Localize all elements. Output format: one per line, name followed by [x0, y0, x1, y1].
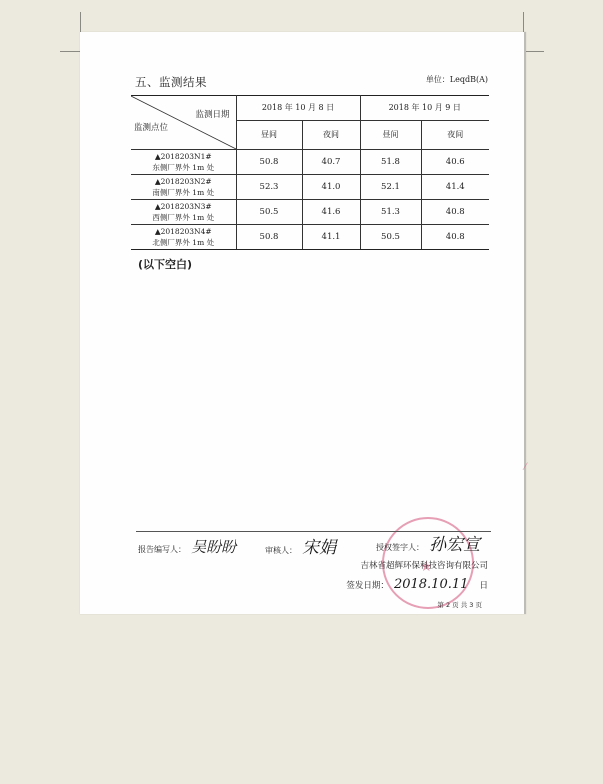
point-location: 东侧厂界外 1m 处	[131, 162, 236, 173]
location-cell: ▲2018203N4# 北侧厂界外 1m 处	[131, 225, 236, 250]
table-row: ▲2018203N3# 西侧厂界外 1m 处 50.5 41.6 51.3 40…	[131, 200, 489, 225]
value-cell: 52.1	[360, 175, 421, 200]
corner-header-location: 监测点位	[134, 123, 168, 134]
location-cell: ▲2018203N1# 东侧厂界外 1m 处	[131, 150, 236, 175]
crop-mark-top-right-horizontal	[524, 51, 544, 52]
issue-date-value: 2018.10.11	[394, 577, 468, 592]
reviewer-label: 审核人：	[265, 546, 297, 555]
point-id: ▲2018203N3#	[131, 201, 236, 212]
page-number: 第 2 页 共 3 页	[437, 600, 482, 609]
value-cell: 40.7	[302, 150, 360, 175]
table-row: ▲2018203N2# 南侧厂界外 1m 处 52.3 41.0 52.1 41…	[131, 175, 489, 200]
value-cell: 51.3	[360, 200, 421, 225]
point-id: ▲2018203N2#	[131, 176, 236, 187]
value-cell: 51.8	[360, 150, 421, 175]
point-location: 南侧厂界外 1m 处	[131, 187, 236, 198]
period-header: 昼间	[360, 120, 421, 149]
value-cell: 41.4	[421, 175, 489, 200]
location-cell: ▲2018203N2# 南侧厂界外 1m 处	[131, 175, 236, 200]
writer-signature: 吴盼盼	[191, 538, 236, 556]
period-header: 夜间	[302, 120, 360, 149]
issue-date-suffix: 日	[479, 581, 488, 591]
writer-signature-block: 报告编写人： 吴盼盼	[138, 536, 236, 557]
point-id: ▲2018203N4#	[131, 226, 236, 237]
reviewer-signature-block: 审核人： 宋娟	[265, 533, 336, 558]
issue-date-label: 签发日期：	[346, 581, 389, 591]
authorized-signature: 孙宏宣	[429, 535, 480, 555]
point-location: 北侧厂界外 1m 处	[131, 237, 236, 248]
value-cell: 41.1	[302, 225, 360, 250]
location-cell: ▲2018203N3# 西侧厂界外 1m 处	[131, 200, 236, 225]
value-cell: 41.0	[302, 175, 360, 200]
writer-label: 报告编写人：	[138, 545, 186, 554]
value-cell: 52.3	[236, 175, 302, 200]
authorized-signature-block: 授权签字人： 孙宏宣	[376, 530, 480, 555]
crop-mark-top-left-horizontal	[60, 51, 80, 52]
value-cell: 50.8	[236, 225, 302, 250]
table-row: ▲2018203N4# 北侧厂界外 1m 处 50.8 41.1 50.5 40…	[131, 225, 489, 250]
crop-mark-top-left-vertical	[80, 12, 81, 32]
crop-mark-top-right-vertical	[523, 12, 524, 32]
value-cell: 50.8	[236, 150, 302, 175]
value-cell: 41.6	[302, 200, 360, 225]
unit-label: 单位：LeqdB(A)	[426, 74, 488, 85]
results-table: 监测日期 监测点位 2018 年 10 月 8 日 2018 年 10 月 9 …	[131, 95, 489, 250]
company-name: 吉林省超辉环保科技咨询有限公司	[360, 559, 488, 571]
signature-divider	[136, 531, 491, 532]
value-cell: 50.5	[236, 200, 302, 225]
issue-date-block: 签发日期： 2018.10.11 日	[346, 573, 488, 592]
period-header: 昼间	[236, 120, 302, 149]
date-header: 2018 年 10 月 9 日	[360, 96, 489, 121]
date-header: 2018 年 10 月 8 日	[236, 96, 360, 121]
table-row: ▲2018203N1# 东侧厂界外 1m 处 50.8 40.7 51.8 40…	[131, 150, 489, 175]
section-title: 五、监测结果	[135, 74, 207, 90]
table-header-dates: 监测日期 监测点位 2018 年 10 月 8 日 2018 年 10 月 9 …	[131, 96, 489, 121]
value-cell: 40.8	[421, 200, 489, 225]
value-cell: 50.5	[360, 225, 421, 250]
blank-below-note: (以下空白)	[138, 256, 192, 272]
authorized-label: 授权签字人：	[376, 543, 424, 552]
corner-header-date: 监测日期	[195, 110, 229, 121]
value-cell: 40.8	[421, 225, 489, 250]
value-cell: 40.6	[421, 150, 489, 175]
period-header: 夜间	[421, 120, 489, 149]
document-page: 五、监测结果 单位：LeqdB(A) 监测日期 监测点位 2018 年 10 月…	[80, 32, 526, 614]
point-location: 西侧厂界外 1m 处	[131, 212, 236, 223]
reviewer-signature: 宋娟	[302, 538, 336, 558]
corner-header-cell: 监测日期 监测点位	[131, 96, 236, 150]
point-id: ▲2018203N1#	[131, 151, 236, 162]
seal-edge-mark: ⁄	[524, 462, 526, 473]
